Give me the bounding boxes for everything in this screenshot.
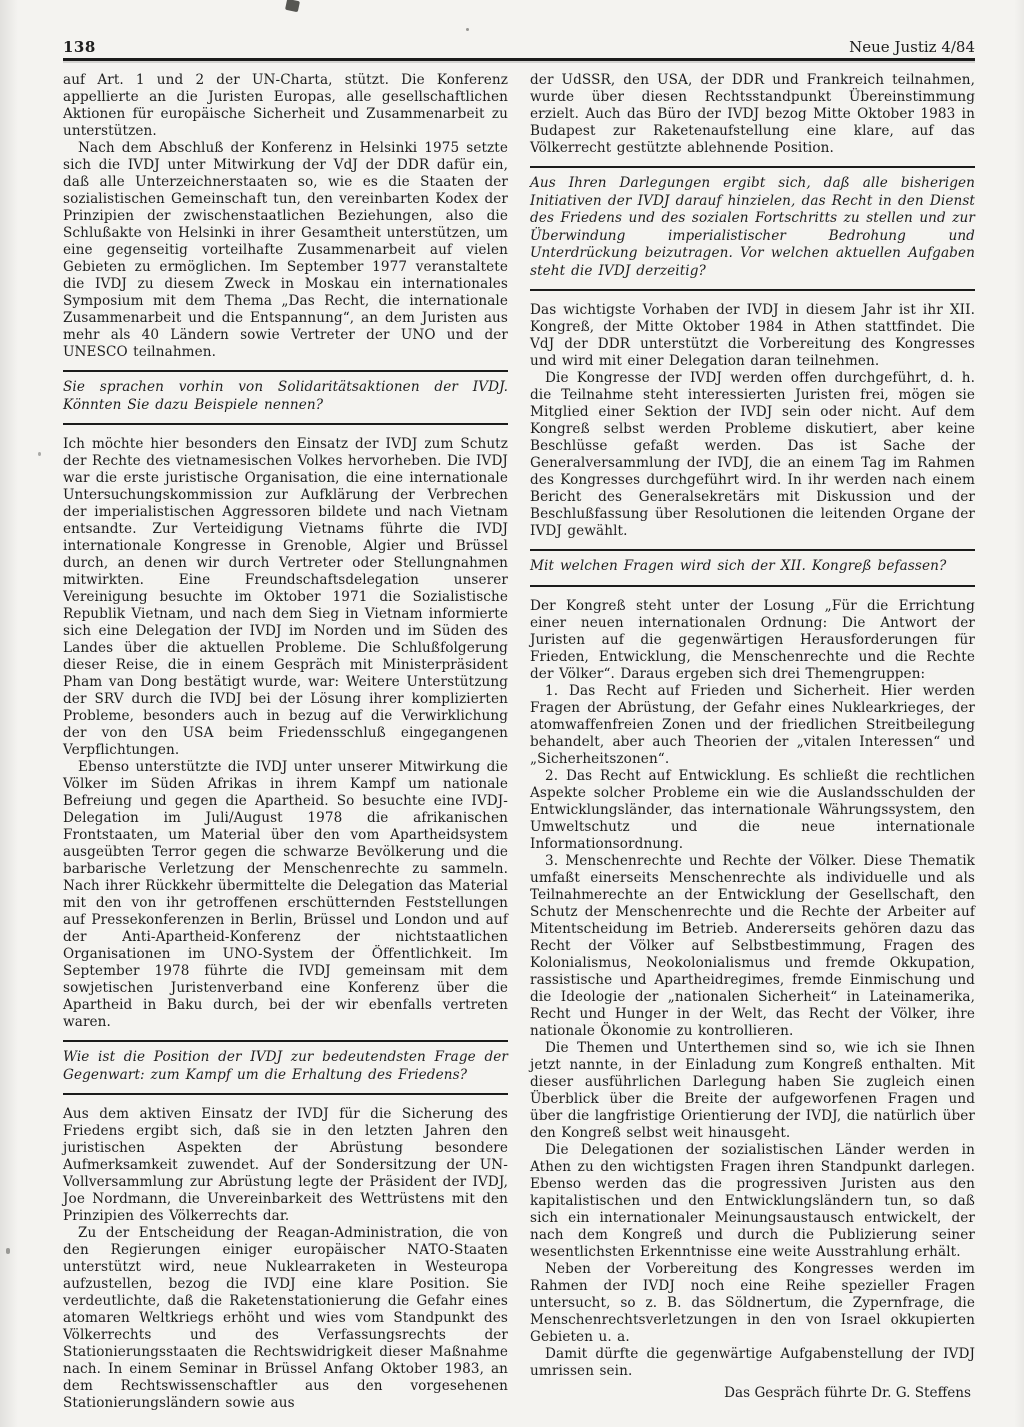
journal-title: Neue Justiz 4/84 [849,38,975,56]
right-column: der UdSSR, den USA, der DDR und Frankrei… [530,72,975,1412]
paragraph: Die Delegationen der sozialistischen Län… [530,1142,975,1261]
paragraph: Die Themen und Unterthemen sind so, wie … [530,1040,975,1142]
paragraph: Ebenso unterstützte die IVDJ unter unser… [63,759,508,1031]
paragraph: Zu der Entscheidung der Reagan-Administr… [63,1225,508,1412]
interview-signature: Das Gespräch führte Dr. G. Steffens [530,1385,975,1402]
interview-question: Sie sprachen vorhin von Solidaritätsakti… [63,370,508,425]
paragraph: 2. Das Recht auf Entwicklung. Es schließ… [530,768,975,853]
paragraph: Neben der Vorbereitung des Kongresses we… [530,1261,975,1346]
scanned-journal-page: 138 Neue Justiz 4/84 auf Art. 1 und 2 de… [0,0,1024,1427]
paragraph: Nach dem Abschluß der Konferenz in Helsi… [63,140,508,361]
paragraph: Das wichtigste Vorhaben der IVDJ in dies… [530,302,975,370]
paragraph: Die Kongresse der IVDJ werden offen durc… [530,370,975,540]
interview-question: Wie ist die Position der IVDJ zur bedeut… [63,1040,508,1095]
paragraph: auf Art. 1 und 2 der UN-Charta, stützt. … [63,72,508,140]
two-column-text: auf Art. 1 und 2 der UN-Charta, stützt. … [63,72,975,1412]
paragraph: Ich möchte hier besonders den Einsatz de… [63,436,508,759]
page-number: 138 [63,38,96,56]
paragraph: der UdSSR, den USA, der DDR und Frankrei… [530,72,975,157]
interview-question: Mit welchen Fragen wird sich der XII. Ko… [530,549,975,587]
paragraph: Der Kongreß steht unter der Losung „Für … [530,598,975,683]
paragraph: 3. Menschenrechte und Rechte der Völker.… [530,853,975,1040]
page-header: 138 Neue Justiz 4/84 [63,38,975,56]
paragraph: 1. Das Recht auf Frieden und Sicherheit.… [530,683,975,768]
interview-question: Aus Ihren Darlegungen ergibt sich, daß a… [530,166,975,291]
paragraph: Damit dürfte die gegenwärtige Aufgabenst… [530,1346,975,1380]
header-rule [63,58,975,61]
left-column: auf Art. 1 und 2 der UN-Charta, stützt. … [63,72,508,1412]
page-content: 138 Neue Justiz 4/84 auf Art. 1 und 2 de… [0,0,1024,1412]
paragraph: Aus dem aktiven Einsatz der IVDJ für die… [63,1106,508,1225]
